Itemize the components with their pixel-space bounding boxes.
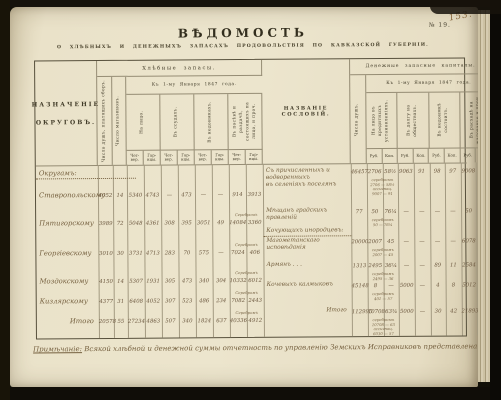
header-districts-line1: НАЗНАЧЕНІЕ <box>32 101 101 108</box>
estate-label: Кочующихъ инородцевъ: <box>263 227 351 237</box>
handwritten-value: 7024 <box>229 250 246 256</box>
header-col-souls: Число душъ, платящихъ сборъ. <box>97 77 113 165</box>
handwritten-value: 4052 <box>145 299 162 305</box>
unit-chetverti: Чет- вер. <box>195 150 212 164</box>
unit-garntsy: Гар- нцы. <box>246 150 263 164</box>
handwritten-value: — <box>415 309 431 315</box>
handwritten-value: — <box>212 250 229 256</box>
footnote-handwritten: Примѣчаніе: Всякой хлѣбной и денежной су… <box>33 342 473 353</box>
handwritten-value: 42 <box>446 308 462 314</box>
handwritten-value: 4713 <box>144 251 161 257</box>
handwritten-value: 283 <box>161 250 178 256</box>
handwritten-value: 5307 <box>128 279 145 285</box>
money-table-row: Итого1129951070863¾5000—30422189328сереб… <box>264 306 493 330</box>
unit-garntsy: Гар- нцы. <box>144 151 161 165</box>
handwritten-value: 30 <box>113 251 127 257</box>
handwritten-value: 97 <box>445 168 461 174</box>
handwritten-value: 1313 <box>351 263 367 269</box>
money-table-row: Магометанскаго исповѣданія20000200745———… <box>263 236 492 260</box>
handwritten-value: 9008 <box>461 168 477 174</box>
handwritten-value: 486 <box>196 298 213 304</box>
handwritten-value: 2007 <box>367 239 383 245</box>
handwritten-value: 1824 <box>196 318 213 324</box>
photo-border-right <box>490 0 501 400</box>
handwritten-value: 91 <box>414 169 430 175</box>
handwritten-value: 21893 <box>462 308 478 314</box>
header-grain-col-2: Въ ссудахъ. <box>160 94 194 150</box>
handwritten-value: 4743 <box>144 193 161 199</box>
handwritten-value: 10332 <box>230 278 247 284</box>
silver-note: Серебромъ <box>229 242 263 247</box>
handwritten-value: 4361 <box>144 221 161 227</box>
header-col-stores: Число магазиновъ. <box>112 77 127 165</box>
estate-label: Мѣщанъ градскихъ правленій <box>263 207 351 222</box>
handwritten-value: 6408 <box>128 299 145 305</box>
header-grain-date: Къ 1-му Января 1847 года. <box>126 76 262 95</box>
unit-kop: Коп. <box>382 149 398 163</box>
handwritten-value: 112995 <box>352 309 368 315</box>
handwritten-value: 4863 <box>145 319 162 325</box>
header-money-col-2-text: Въ долгу на обществахъ. <box>406 93 419 148</box>
handwritten-value: 72 <box>113 221 127 227</box>
scanned-book-photo: 153. № 19. ВѢДОМОСТЬ О ХЛѢБНЫХЪ И ДЕНЕЖН… <box>0 0 501 400</box>
footnote-label: Примѣчаніе: <box>33 345 82 353</box>
handwritten-value: 473 <box>178 192 195 198</box>
handwritten-value: — <box>430 239 446 245</box>
unit-rub: Руб. <box>429 149 445 163</box>
handwritten-value: 637 <box>213 318 230 324</box>
silver-note: Серебромъ <box>230 290 264 295</box>
handwritten-value: 14 <box>113 193 127 199</box>
silver-note: Серебромъ <box>230 270 264 275</box>
handwritten-value: 4052 <box>98 193 113 199</box>
header-grain-col-1-text: На лицо. <box>140 109 147 136</box>
unit-chetverti: Чет- вер. <box>127 151 144 165</box>
handwritten-value: — <box>399 239 415 245</box>
estate-label: Армянъ . . . <box>263 261 351 269</box>
money-table-row: Кочевыхъ калмыковъ451488—5000—48501297½с… <box>264 280 493 304</box>
header-money-col-2: Въ долгу на обществахъ. <box>398 93 430 149</box>
handwritten-value: 4 <box>430 283 446 289</box>
handwritten-value: 3360 <box>246 220 263 226</box>
handwritten-value: 40336 <box>230 318 247 324</box>
unit-chetverti: Чет- вер. <box>161 150 178 164</box>
estate-label: Магометанскаго исповѣданія <box>263 237 351 252</box>
unit-kop: Коп. <box>445 148 461 162</box>
header-grain-col-4: Въ посѣвѣ и раздачѣ, состоящихъ на лицо,… <box>228 94 262 150</box>
unit-rub: Руб. <box>398 149 414 163</box>
header-money-date: Къ 1-му Января 1847 года. <box>366 74 491 93</box>
district-label: Пятигорскому <box>36 219 98 228</box>
header-money-col-1-text: На лицо въ кредитныхъ установленіяхъ. <box>372 93 392 148</box>
document-page: 153. № 19. ВѢДОМОСТЬ О ХЛѢБНЫХЪ И ДЕНЕЖН… <box>10 7 478 387</box>
handwritten-value: 8 <box>446 282 462 288</box>
handwritten-value: 5012 <box>461 282 477 288</box>
currency-breakdown-note: серебромъ 2007 — 45 <box>367 248 398 258</box>
handwritten-value: — <box>212 192 229 198</box>
currency-breakdown-note: серебромъ 2706 — 58½ ассигнац. 9007 — 91 <box>367 178 398 197</box>
handwritten-value: 50 <box>461 208 477 214</box>
photo-border-top <box>0 0 501 7</box>
handwritten-value: 14 <box>114 279 128 285</box>
handwritten-value: 914 <box>229 192 246 198</box>
header-money-souls: Число душъ. <box>350 75 367 163</box>
handwritten-value: 31 <box>114 299 128 305</box>
district-label: Округамъ: <box>36 169 136 180</box>
unit-garntsy: Гар- нцы. <box>212 150 229 164</box>
estate-label: Съ причисленныхъ и водворенныхъ въ селен… <box>263 167 351 189</box>
handwritten-value: 308 <box>161 220 178 226</box>
handwritten-value: 3989 <box>98 221 113 227</box>
document-subtitle: О ХЛѢБНЫХЪ И ДЕНЕЖНЫХЪ ЗАПАСАХЪ ПРОДОВОЛ… <box>9 42 477 50</box>
handwritten-value: 4912 <box>247 318 264 324</box>
handwritten-value: 575 <box>195 250 212 256</box>
silver-note: Серебромъ <box>229 212 263 217</box>
handwritten-value: 30 <box>430 309 446 315</box>
handwritten-value: 9063 <box>398 169 414 175</box>
handwritten-value: 70 <box>178 250 195 256</box>
handwritten-value: 3913 <box>246 192 263 198</box>
handwritten-value: 98 <box>429 169 445 175</box>
handwritten-value: 27234 <box>128 319 145 325</box>
handwritten-value: 11 <box>446 262 462 268</box>
handwritten-value: 307 <box>162 298 179 304</box>
handwritten-value: 507 <box>162 318 179 324</box>
handwritten-value: 46457 <box>351 169 367 175</box>
header-money-souls-text: Число душъ. <box>355 101 362 138</box>
header-grain-col-3-text: Въ недоимкахъ. <box>208 99 215 145</box>
handwritten-value: 20578 <box>99 319 114 325</box>
handwritten-value: — <box>161 192 178 198</box>
header-money-group: Денежные запасные капиталы. <box>350 58 491 75</box>
handwritten-value: 2495 <box>367 263 383 269</box>
handwritten-value: 305 <box>162 278 179 284</box>
handwritten-value: 49 <box>212 220 229 226</box>
handwritten-value: — <box>383 283 399 289</box>
currency-breakdown-note: серебромъ 10708 — 63 ассигнац. 6030 — 57 <box>368 318 399 337</box>
footnote-text: Всякой хлѣбной и денежной суммы отчетнос… <box>82 342 501 353</box>
header-estates: НАЗВАНІЕ СОСЛОВІЙ. <box>262 59 351 164</box>
handwritten-value: 5048 <box>127 221 144 227</box>
handwritten-value: 20000 <box>351 239 367 245</box>
header-grain-col-2-text: Въ ссудахъ. <box>174 105 181 140</box>
district-label: Моздокскому <box>37 277 99 286</box>
handwritten-value: 5000 <box>399 309 415 315</box>
handwritten-value: 304 <box>213 278 230 284</box>
handwritten-value: 406 <box>246 250 263 256</box>
handwritten-value: 50 <box>367 209 383 215</box>
handwritten-value: 14084 <box>229 220 246 226</box>
handwritten-value: — <box>399 263 415 269</box>
handwritten-value: — <box>414 239 430 245</box>
handwritten-value: — <box>414 283 430 289</box>
handwritten-value: — <box>445 238 461 244</box>
district-label: Итого <box>37 317 99 326</box>
handwritten-value: 2443 <box>247 298 264 304</box>
handwritten-value: 36¼ <box>383 263 399 269</box>
handwritten-value: 10708 <box>368 309 384 315</box>
table-data-region: Округамъ:Ставропольскому40521453404743—4… <box>36 162 468 338</box>
handwritten-value: 3731 <box>127 251 144 257</box>
unit-kop: Коп. <box>414 149 430 163</box>
handwritten-value: 523 <box>179 298 196 304</box>
district-label: Георгіевскому <box>36 249 98 258</box>
handwritten-value: 76¼ <box>383 209 399 215</box>
currency-breakdown-note: серебромъ 401 — 57 <box>368 292 399 302</box>
page-content: 153. № 19. ВѢДОМОСТЬ О ХЛѢБНЫХЪ И ДЕНЕЖН… <box>9 5 480 388</box>
handwritten-value: — <box>445 208 461 214</box>
district-label: Ставропольскому <box>36 191 98 200</box>
header-money-col-3-text: Въ недоимкѣ состоитъ. <box>437 93 450 148</box>
handwritten-value: 5340 <box>127 193 144 199</box>
handwritten-value: 58½ <box>382 169 398 175</box>
district-label: Кизлярскому <box>37 297 99 306</box>
header-money-col-1: На лицо въ кредитныхъ установленіяхъ. <box>366 93 398 149</box>
handwritten-value: 2584 <box>461 262 477 268</box>
header-grain-col-3: Въ недоимкахъ. <box>194 94 228 150</box>
unit-garntsy: Гар- нцы. <box>178 150 195 164</box>
unit-rub: Руб. <box>367 149 383 163</box>
handwritten-value: 340 <box>179 318 196 324</box>
money-table-row: Съ причисленныхъ и водворенныхъ въ селен… <box>263 166 492 190</box>
ledger-table: НАЗНАЧЕНІЕ ОКРУГОВЪ. Хлѣбные запасы. Чис… <box>34 57 467 339</box>
handwritten-value: 2706 <box>367 169 383 175</box>
handwritten-value: 63¾ <box>383 309 399 315</box>
handwritten-value: 3051 <box>195 220 212 226</box>
handwritten-value: — <box>414 209 430 215</box>
handwritten-value: 6012 <box>247 278 264 284</box>
handwritten-value: 1931 <box>145 279 162 285</box>
handwritten-value: 45 <box>383 239 399 245</box>
handwritten-value: — <box>414 263 430 269</box>
handwritten-value: 340 <box>196 278 213 284</box>
handwritten-value: 89 <box>430 263 446 269</box>
handwritten-value: — <box>430 209 446 215</box>
silver-note: Серебромъ <box>230 310 264 315</box>
handwritten-value: 55 <box>114 319 128 325</box>
header-districts-line2: ОКРУГОВЪ. <box>36 119 96 126</box>
estate-label: Итого <box>264 307 352 315</box>
handwritten-value: 473 <box>179 278 196 284</box>
header-col-souls-text: Число душъ, платящихъ сборъ. <box>101 78 108 164</box>
handwritten-value: 395 <box>178 220 195 226</box>
photo-border-bottom <box>0 387 501 400</box>
handwritten-value: 4150 <box>99 279 114 285</box>
handwritten-value: 77 <box>351 209 367 215</box>
header-grain-col-1: На лицо. <box>126 95 160 151</box>
handwritten-value: 6078 <box>461 238 477 244</box>
handwritten-value: 45148 <box>352 283 368 289</box>
document-title: ВѢДОМОСТЬ <box>9 24 477 41</box>
handwritten-value: 234 <box>213 298 230 304</box>
handwritten-value: 5000 <box>399 283 415 289</box>
photo-border-left <box>0 0 10 400</box>
estate-label: Кочевыхъ калмыковъ <box>264 281 352 289</box>
unit-chetverti: Чет- вер. <box>229 150 246 164</box>
header-districts: НАЗНАЧЕНІЕ ОКРУГОВЪ. <box>35 61 98 165</box>
handwritten-value: — <box>195 192 212 198</box>
handwritten-value: 3010 <box>98 251 113 257</box>
handwritten-value: 8 <box>368 283 384 289</box>
handwritten-value: 7082 <box>230 298 247 304</box>
header-grain-group: Хлѣбные запасы. <box>97 60 262 77</box>
header-col-stores-text: Число магазиновъ. <box>116 94 123 148</box>
header-money-col-3: Въ недоимкѣ состоитъ. <box>429 92 461 148</box>
book-cover-corner <box>430 0 501 14</box>
unit-rub: Руб. <box>460 148 476 162</box>
header-grain-col-4-text: Въ посѣвѣ и раздачѣ, состоящихъ на лицо,… <box>232 94 258 149</box>
handwritten-value: — <box>398 209 414 215</box>
handwritten-value: 4377 <box>99 299 114 305</box>
